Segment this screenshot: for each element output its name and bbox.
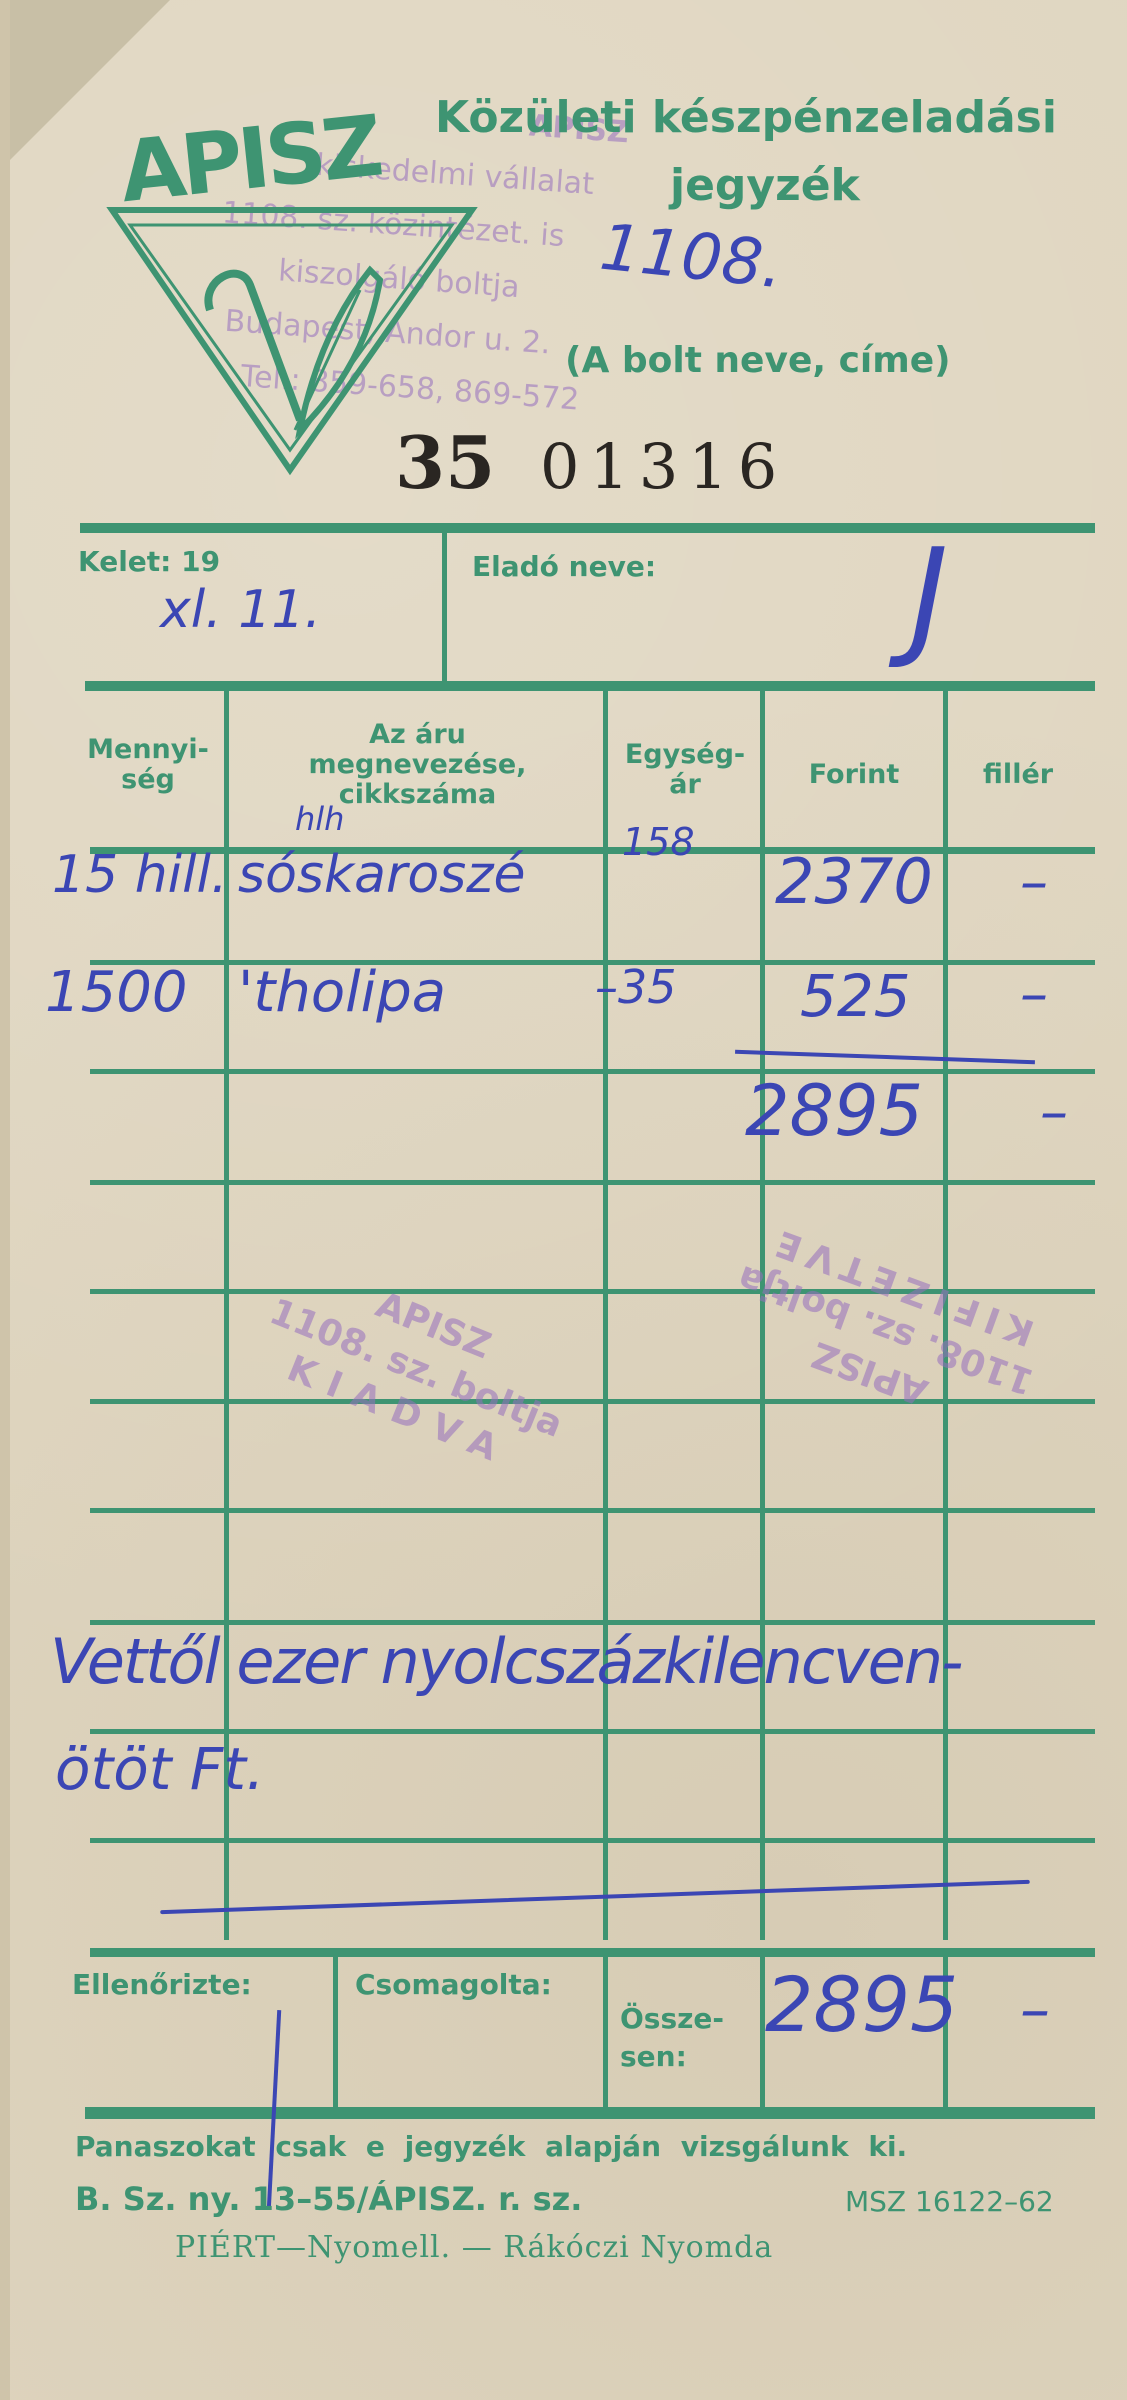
row-filler: –: [1020, 850, 1048, 915]
row-qty: 1500: [45, 960, 188, 1025]
row-divider: [90, 1069, 1095, 1074]
serial-number: 01316: [540, 430, 787, 503]
amount-in-words-line2: ötöt Ft.: [55, 1735, 264, 1803]
row-qty: 15 hill.: [52, 845, 228, 905]
handwritten-shop-number: 1108.: [597, 211, 787, 304]
row-item: 'tholipa: [238, 960, 446, 1025]
stamp-issued: APISZ 1108. sz. boltja KIADVA: [246, 1247, 587, 1492]
seller-signature: J: [910, 520, 948, 672]
row-unit-price: 158: [622, 820, 695, 864]
total-value: 2895: [765, 1960, 958, 2049]
row-item-note: hlh: [295, 800, 344, 838]
row-forint: 2895: [745, 1070, 923, 1152]
date-value: xl. 11.: [160, 580, 321, 640]
total-filler: –: [1020, 1975, 1050, 2045]
col-header-quantity: Mennyi- ség: [78, 735, 218, 795]
col-header-item: Az áru megnevezése, cikkszáma: [235, 720, 600, 810]
strike-line: [160, 1880, 1030, 1914]
divider: [442, 533, 447, 683]
seller-label: Eladó neve:: [472, 550, 656, 583]
row-forint: 2370: [775, 845, 933, 918]
row-divider: [90, 1729, 1095, 1734]
complaints-notice: Panaszokat csak e jegyzék alapján vizsgá…: [75, 2130, 1085, 2163]
row-filler: –: [1020, 962, 1048, 1027]
col-divider: [333, 1955, 338, 2110]
col-header-unit-price: Egység- ár: [610, 740, 760, 800]
standard-code: MSZ 16122–62: [845, 2185, 1054, 2218]
form-code: B. Sz. ny. 13–55/ÁPISZ. r. sz.: [75, 2180, 582, 2218]
document-title-line1: Közületi készpénzeladási: [435, 92, 1057, 144]
row-forint: 525: [800, 962, 911, 1030]
sum-underline: [735, 1050, 1035, 1064]
row-item: sóskaroszé: [238, 845, 526, 905]
total-label: Össze- sen:: [620, 2000, 724, 2076]
printer-credit: PIÉRT—Nyomell. — Rákóczi Nyomda: [175, 2230, 773, 2265]
row-unit-price: –35: [595, 960, 677, 1014]
col-header-filler: fillér: [948, 760, 1088, 790]
date-label: Kelet: 19: [78, 545, 220, 578]
row-filler: –: [1040, 1080, 1068, 1145]
packed-by-label: Csomagolta:: [355, 1968, 552, 2001]
col-divider: [603, 690, 608, 1940]
col-header-forint: Forint: [765, 760, 943, 790]
stamp-paid: APISZ 1108. sz. boltja KIFIZETVE: [716, 1211, 1056, 1447]
serial-prefix: 35: [395, 420, 495, 505]
shop-caption: (A bolt neve, címe): [565, 340, 951, 381]
row-divider: [90, 1838, 1095, 1843]
divider: [85, 2107, 1095, 2119]
checked-by-label: Ellenőrizte:: [72, 1968, 252, 2001]
document-title-line2: jegyzék: [670, 160, 860, 212]
row-divider: [90, 1508, 1095, 1513]
row-divider: [90, 1180, 1095, 1185]
col-divider: [603, 1955, 608, 2110]
amount-in-words-line1: Vettől ezer nyolcszázkilencven-: [50, 1625, 961, 1698]
receipt-paper: APISZ kiskedelmi vállalat 1108. sz. közi…: [10, 0, 1127, 2400]
